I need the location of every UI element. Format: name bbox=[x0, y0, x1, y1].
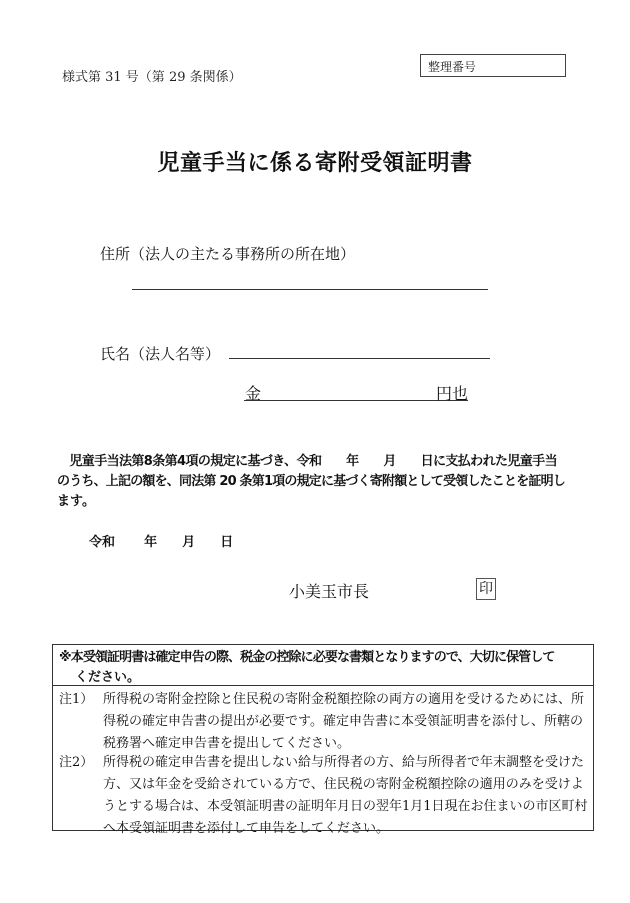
note-tag: 注1） bbox=[59, 689, 93, 711]
note-tag: 注2） bbox=[59, 752, 93, 774]
note-item: 注2） 所得税の確定申告書を提出しない給与所得者の方、給与所得者で年末調整を受け… bbox=[59, 752, 589, 840]
statement-line: 児童手当法第8条第4項の規定に基づき、令和 年 月 日に支払われた児童手当 bbox=[57, 452, 577, 472]
note-text: 所得税の寄附金控除と住民税の寄附金税額控除の両方の適用を受けるためには、所得税の… bbox=[103, 689, 589, 755]
signatory-title: 小美玉市長 bbox=[289, 579, 369, 602]
amount-field[interactable]: 金 円也 bbox=[244, 381, 468, 401]
reference-number-field[interactable]: 整理番号 bbox=[420, 54, 566, 77]
name-label: 氏名（法人名等） bbox=[100, 343, 220, 364]
notice-box: ※本受領証明書は確定申告の際、税金の控除に必要な書類となりますので、大切に保管し… bbox=[52, 644, 594, 831]
date-era: 令和 bbox=[89, 531, 115, 550]
reference-number-label: 整理番号 bbox=[428, 58, 476, 75]
date-year-label: 年 bbox=[144, 531, 157, 550]
notice-heading: ※本受領証明書は確定申告の際、税金の控除に必要な書類となりますので、大切に保管し… bbox=[59, 648, 589, 688]
notice-heading-line: ※本受領証明書は確定申告の際、税金の控除に必要な書類となりますので、大切に保管し… bbox=[59, 650, 554, 665]
name-field[interactable] bbox=[229, 358, 490, 359]
document-title: 児童手当に係る寄附受領証明書 bbox=[0, 146, 630, 177]
statement-line: ます。 bbox=[57, 492, 577, 512]
date-month-label: 月 bbox=[182, 531, 195, 550]
address-label: 住所（法人の主たる事務所の所在地） bbox=[100, 243, 355, 264]
address-field[interactable] bbox=[132, 289, 488, 290]
amount-suffix: 円也 bbox=[436, 381, 468, 404]
certification-statement: 児童手当法第8条第4項の規定に基づき、令和 年 月 日に支払われた児童手当 のう… bbox=[57, 452, 577, 512]
statement-line: のうち、上記の額を、同法第 20 条第1項の規定に基づく寄附額として受領したこと… bbox=[57, 472, 577, 492]
seal-stamp: 印 bbox=[476, 578, 496, 600]
note-text: 所得税の確定申告書を提出しない給与所得者の方、給与所得者で年末調整を受けた方、又… bbox=[103, 752, 589, 840]
note-item: 注1） 所得税の寄附金控除と住民税の寄附金税額控除の両方の適用を受けるためには、… bbox=[59, 689, 589, 755]
notice-divider bbox=[53, 685, 593, 686]
form-number: 様式第 31 号（第 29 条関係） bbox=[62, 66, 242, 85]
date-day-label: 日 bbox=[220, 531, 233, 550]
amount-prefix: 金 bbox=[245, 381, 261, 404]
issue-date: 令和 年 月 日 bbox=[89, 531, 233, 550]
